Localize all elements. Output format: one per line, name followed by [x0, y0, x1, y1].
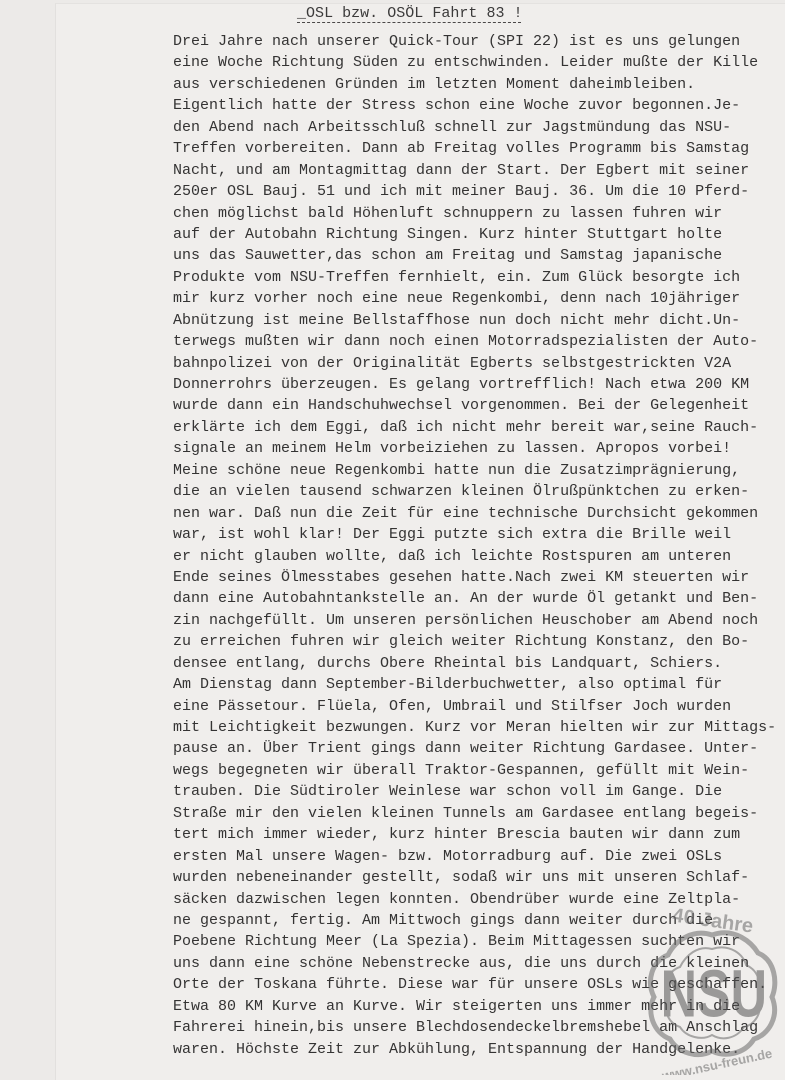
- text-line: Abnützung ist meine Bellstaffhose nun do…: [173, 310, 776, 331]
- text-line: wurden nebeneinander gestellt, sodaß wir…: [173, 867, 776, 888]
- text-line: ne gespannt, fertig. Am Mittwoch gings d…: [173, 910, 776, 931]
- text-line: Donnerrohrs überzeugen. Es gelang vortre…: [173, 374, 776, 395]
- text-line: waren. Höchste Zeit zur Abkühlung, Entsp…: [173, 1039, 776, 1060]
- text-line: Am Dienstag dann September-Bilderbuchwet…: [173, 674, 776, 695]
- text-line: war, ist wohl klar! Der Eggi putzte sich…: [173, 524, 776, 545]
- text-line: zu erreichen fuhren wir gleich weiter Ri…: [173, 631, 776, 652]
- text-line: zin nachgefüllt. Um unseren persönlichen…: [173, 610, 776, 631]
- text-line: tert mich immer wieder, kurz hinter Bres…: [173, 824, 776, 845]
- text-line: dann eine Autobahntankstelle an. An der …: [173, 588, 776, 609]
- text-line: bahnpolizei von der Originalität Egberts…: [173, 353, 776, 374]
- text-line: Treffen vorbereiten. Dann ab Freitag vol…: [173, 138, 776, 159]
- text-line: Ende seines Ölmesstabes gesehen hatte.Na…: [173, 567, 776, 588]
- text-line: uns dann eine schöne Nebenstrecke aus, d…: [173, 953, 776, 974]
- text-line: er nicht glauben wollte, daß ich leichte…: [173, 546, 776, 567]
- text-line: auf der Autobahn Richtung Singen. Kurz h…: [173, 224, 776, 245]
- text-line: signale an meinem Helm vorbeiziehen zu l…: [173, 438, 776, 459]
- text-line: Drei Jahre nach unserer Quick-Tour (SPI …: [173, 31, 776, 52]
- text-line: aus verschiedenen Gründen im letzten Mom…: [173, 74, 776, 95]
- text-line: Eigentlich hatte der Stress schon eine W…: [173, 95, 776, 116]
- text-line: Meine schöne neue Regenkombi hatte nun d…: [173, 460, 776, 481]
- text-line: uns das Sauwetter,das schon am Freitag u…: [173, 245, 776, 266]
- text-line: nen war. Daß nun die Zeit für eine techn…: [173, 503, 776, 524]
- text-line: chen möglichst bald Höhenluft schnuppern…: [173, 203, 776, 224]
- document-title: _OSL bzw. OSÖL Fahrt 83 !: [297, 4, 523, 24]
- text-line: pause an. Über Trient gings dann weiter …: [173, 738, 776, 759]
- text-line: wegs begegneten wir überall Traktor-Gesp…: [173, 760, 776, 781]
- text-line: eine Woche Richtung Süden zu entschwinde…: [173, 52, 776, 73]
- text-line: 250er OSL Bauj. 51 und ich mit meiner Ba…: [173, 181, 776, 202]
- title-underline: [297, 22, 521, 23]
- text-line: densee entlang, durchs Obere Rheintal bi…: [173, 653, 776, 674]
- text-line: die an vielen tausend schwarzen kleinen …: [173, 481, 776, 502]
- document-body: Drei Jahre nach unserer Quick-Tour (SPI …: [173, 31, 776, 1060]
- text-line: ersten Mal unsere Wagen- bzw. Motorradbu…: [173, 846, 776, 867]
- text-line: mir kurz vorher noch eine neue Regenkomb…: [173, 288, 776, 309]
- text-line: terwegs mußten wir dann noch einen Motor…: [173, 331, 776, 352]
- text-line: Poebene Richtung Meer (La Spezia). Beim …: [173, 931, 776, 952]
- text-line: Straße mir den vielen kleinen Tunnels am…: [173, 803, 776, 824]
- text-line: Produkte vom NSU-Treffen fernhielt, ein.…: [173, 267, 776, 288]
- text-line: Etwa 80 KM Kurve an Kurve. Wir steigerte…: [173, 996, 776, 1017]
- text-line: trauben. Die Südtiroler Weinlese war sch…: [173, 781, 776, 802]
- text-line: erklärte ich dem Eggi, daß ich nicht meh…: [173, 417, 776, 438]
- text-line: Orte der Toskana führte. Diese war für u…: [173, 974, 776, 995]
- text-line: wurde dann ein Handschuhwechsel vorgenom…: [173, 395, 776, 416]
- text-line: Nacht, und am Montagmittag dann der Star…: [173, 160, 776, 181]
- text-line: mit Leichtigkeit bezwungen. Kurz vor Mer…: [173, 717, 776, 738]
- text-line: Fahrerei hinein,bis unsere Blechdosendec…: [173, 1017, 776, 1038]
- text-line: den Abend nach Arbeitsschluß schnell zur…: [173, 117, 776, 138]
- text-line: säcken dazwischen legen konnten. Obendrü…: [173, 889, 776, 910]
- text-line: eine Pässetour. Flüela, Ofen, Umbrail un…: [173, 696, 776, 717]
